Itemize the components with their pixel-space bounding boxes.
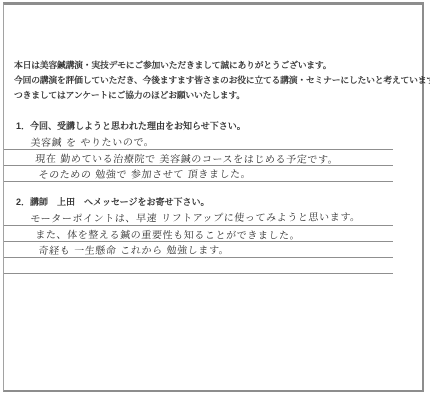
question-2-label: 2．講師 上田 へメッセージをお寄せ下さい。 — [4, 196, 422, 208]
question-1-label: 1．今回、受講しようと思われた理由をお知らせ下さい。 — [4, 120, 422, 132]
handwritten-answer: 奇経も 一生懸命 これから 勉強します。 — [38, 241, 230, 257]
handwritten-answer: 美容鍼 を やりたいので。 — [30, 133, 155, 149]
intro-line-2: 今回の講演を評価していただき、今後ますます皆さまのお役に立てる講演・セミナーにし… — [14, 73, 417, 88]
answer-line: また、体を整える鍼の重要性も知ることができました。 — [4, 226, 393, 242]
questionnaire-page: 本日は美容鍼講演・実技デモにご参加いただきまして誠にありがとうございます。 今回… — [3, 2, 424, 392]
answer-line: モーターポイントは、早速 リフトアップに使ってみようと思います。 — [4, 210, 393, 226]
question-1-block: 1．今回、受講しようと思われた理由をお知らせ下さい。 美容鍼 を やりたいので。… — [4, 120, 422, 182]
handwritten-answer: モーターポイントは、早速 リフトアップに使ってみようと思います。 — [30, 208, 361, 225]
intro-paragraph: 本日は美容鍼講演・実技デモにご参加いただきまして誠にありがとうございます。 今回… — [4, 58, 422, 103]
question-2-block: 2．講師 上田 へメッセージをお寄せ下さい。 モーターポイントは、早速 リフトア… — [4, 196, 422, 274]
answer-line: 現在 勤めている治療院で 美容鍼のコースをはじめる予定です。 — [4, 150, 393, 166]
answer-line: 奇経も 一生懸命 これから 勉強します。 — [4, 242, 393, 258]
answer-line: 美容鍼 を やりたいので。 — [4, 134, 393, 150]
answer-line: そのための 勉強で 参加させて 頂きました。 — [4, 166, 393, 182]
handwritten-answer: また、体を整える鍼の重要性も知ることができました。 — [35, 226, 301, 242]
handwritten-answer: そのための 勉強で 参加させて 頂きました。 — [38, 165, 252, 181]
scanned-image-canvas: 本日は美容鍼講演・実技デモにご参加いただきまして誠にありがとうございます。 今回… — [0, 0, 430, 410]
intro-line-1: 本日は美容鍼講演・実技デモにご参加いただきまして誠にありがとうございます。 — [14, 58, 417, 73]
question-2-answers: モーターポイントは、早速 リフトアップに使ってみようと思います。 また、体を整え… — [4, 210, 422, 274]
intro-line-3: つきましてはアンケートにご協力のほどお願いいたします。 — [14, 88, 417, 103]
handwritten-answer: 現在 勤めている治療院で 美容鍼のコースをはじめる予定です。 — [35, 150, 339, 166]
question-1-answers: 美容鍼 を やりたいので。 現在 勤めている治療院で 美容鍼のコースをはじめる予… — [4, 134, 422, 182]
answer-line-empty — [4, 258, 393, 274]
